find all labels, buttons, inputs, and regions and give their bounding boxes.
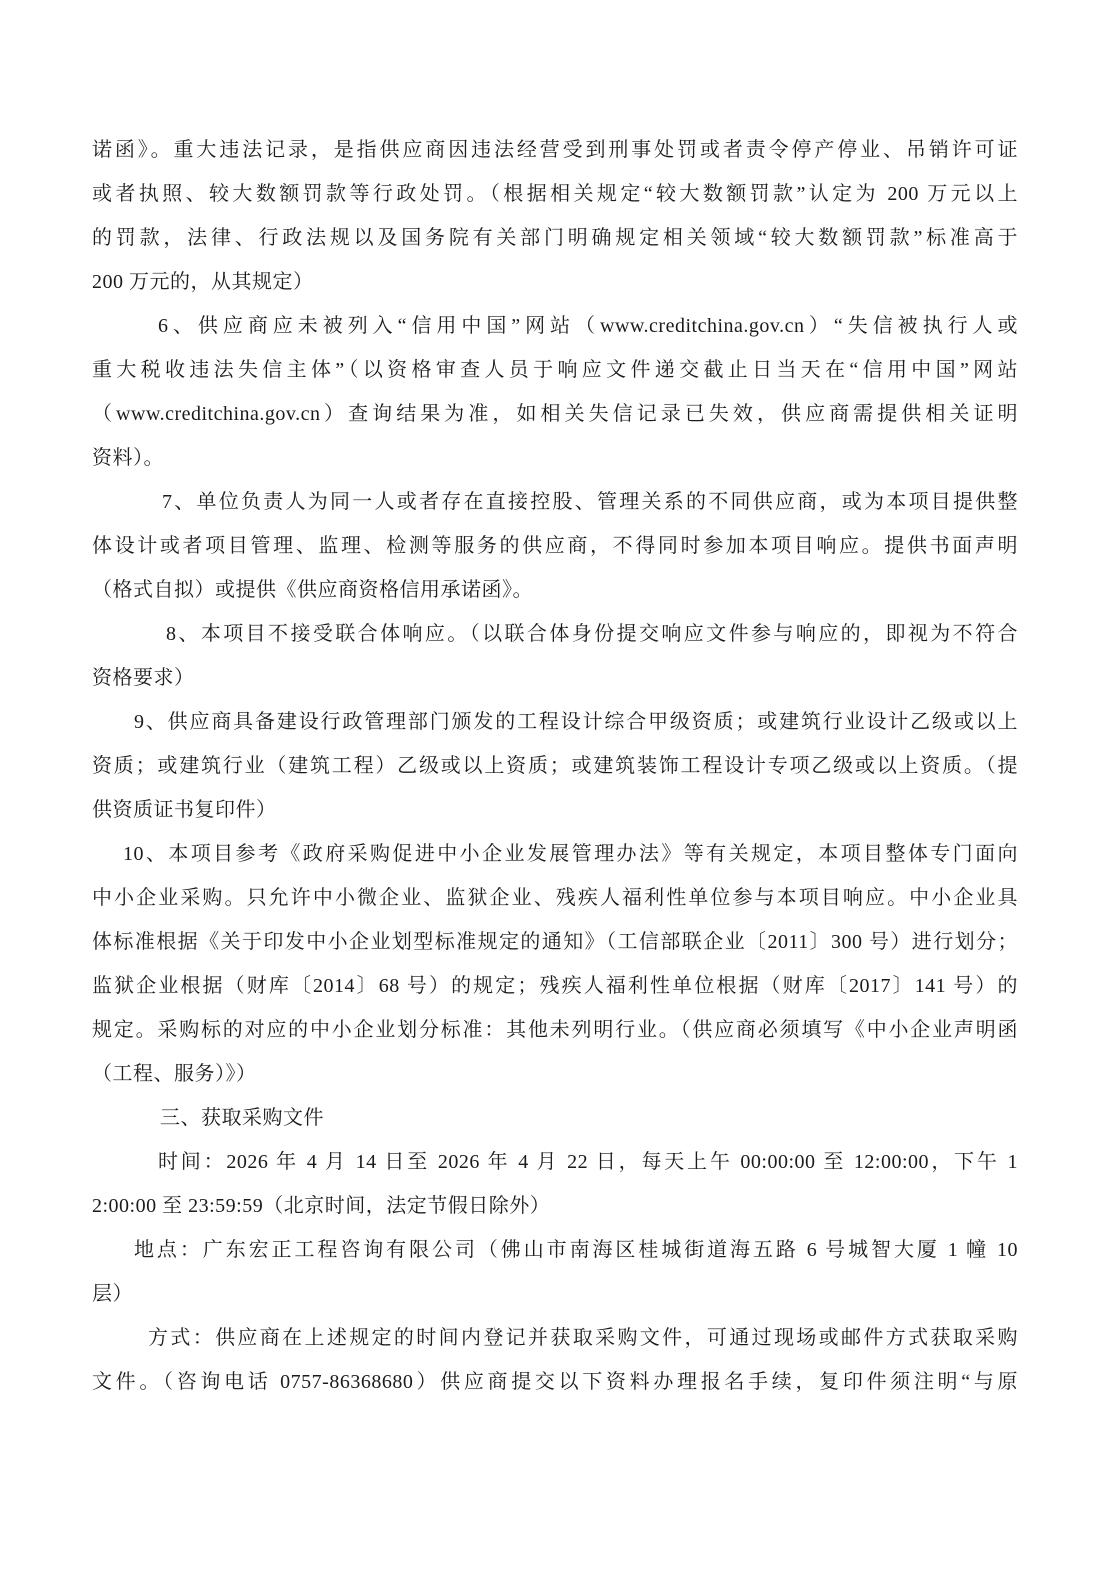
text-line: 三、获取采购文件 xyxy=(92,1096,1018,1140)
text-line: 200 万元的，从其规定） xyxy=(92,260,1018,304)
text-line: 10、本项目参考《政府采购促进中小企业发展管理办法》等有关规定，本项目整体专门面… xyxy=(92,832,1018,876)
text-line: 7、单位负责人为同一人或者存在直接控股、管理关系的不同供应商，或为本项目提供整 xyxy=(92,480,1018,524)
text-line: 资格要求） xyxy=(92,656,1018,700)
text-line: 6、供应商应未被列入“信用中国”网站（www.creditchina.gov.c… xyxy=(92,304,1018,348)
text-line: （工程、服务）》） xyxy=(92,1052,1018,1096)
text-line: 资质；或建筑行业（建筑工程）乙级或以上资质；或建筑装饰工程设计专项乙级或以上资质… xyxy=(92,744,1018,788)
text-line: 诺函》。重大违法记录，是指供应商因违法经营受到刑事处罚或者责令停产停业、吊销许可… xyxy=(92,128,1018,172)
obtain-time: 时间：2026 年 4 月 14 日至 2026 年 4 月 22 日，每天上午… xyxy=(92,1140,1018,1228)
document-page: 诺函》。重大违法记录，是指供应商因违法经营受到刑事处罚或者责令停产停业、吊销许可… xyxy=(0,0,1110,1571)
text-line: 体标准根据《关于印发中小企业划型标准规定的通知》（工信部联企业〔2011〕300… xyxy=(92,920,1018,964)
obtain-method: 方式：供应商在上述规定的时间内登记并获取采购文件，可通过现场或邮件方式获取采购文… xyxy=(92,1316,1018,1404)
text-line: 规定。采购标的对应的中小企业划分标准：其他未列明行业。（供应商必须填写《中小企业… xyxy=(92,1008,1018,1052)
text-line: 或者执照、较大数额罚款等行政处罚。（根据相关规定“较大数额罚款”认定为 200 … xyxy=(92,172,1018,216)
section-3-heading-obtain-documents: 三、获取采购文件 xyxy=(92,1096,1018,1140)
clause-8-no-consortium: 8、本项目不接受联合体响应。（以联合体身份提交响应文件参与响应的，即视为不符合资… xyxy=(92,612,1018,700)
document-body: 诺函》。重大违法记录，是指供应商因违法经营受到刑事处罚或者责令停产停业、吊销许可… xyxy=(92,128,1018,1404)
text-line: 的罚款，法律、行政法规以及国务院有关部门明确规定相关领域“较大数额罚款”标准高于 xyxy=(92,216,1018,260)
clause-6-credit-china: 6、供应商应未被列入“信用中国”网站（www.creditchina.gov.c… xyxy=(92,304,1018,480)
text-line: （格式自拟）或提供《供应商资格信用承诺函》。 xyxy=(92,568,1018,612)
clause-9-qualifications: 9、供应商具备建设行政管理部门颁发的工程设计综合甲级资质；或建筑行业设计乙级或以… xyxy=(92,700,1018,832)
text-line: 体设计或者项目管理、监理、检测等服务的供应商，不得同时参加本项目响应。提供书面声… xyxy=(92,524,1018,568)
text-line: 资料）。 xyxy=(92,436,1018,480)
text-line: 方式：供应商在上述规定的时间内登记并获取采购文件，可通过现场或邮件方式获取采购 xyxy=(92,1316,1018,1360)
text-line: 供资质证书复印件） xyxy=(92,788,1018,832)
clause-7-same-responsible-person: 7、单位负责人为同一人或者存在直接控股、管理关系的不同供应商，或为本项目提供整体… xyxy=(92,480,1018,612)
text-line: 文件。（咨询电话 0757-86368680）供应商提交以下资料办理报名手续，复… xyxy=(92,1360,1018,1404)
text-line: 地点：广东宏正工程咨询有限公司（佛山市南海区桂城街道海五路 6 号城智大厦 1 … xyxy=(92,1228,1018,1272)
clause-major-violation-continuation: 诺函》。重大违法记录，是指供应商因违法经营受到刑事处罚或者责令停产停业、吊销许可… xyxy=(92,128,1018,304)
text-line: 监狱企业根据（财库〔2014〕68 号）的规定；残疾人福利性单位根据（财库〔20… xyxy=(92,964,1018,1008)
text-line: 8、本项目不接受联合体响应。（以联合体身份提交响应文件参与响应的，即视为不符合 xyxy=(92,612,1018,656)
text-line: 层） xyxy=(92,1272,1018,1316)
text-line: 2:00:00 至 23:59:59（北京时间，法定节假日除外） xyxy=(92,1184,1018,1228)
clause-10-sme-policy: 10、本项目参考《政府采购促进中小企业发展管理办法》等有关规定，本项目整体专门面… xyxy=(92,832,1018,1096)
text-line: 9、供应商具备建设行政管理部门颁发的工程设计综合甲级资质；或建筑行业设计乙级或以… xyxy=(92,700,1018,744)
text-line: 重大税收违法失信主体”（以资格审查人员于响应文件递交截止日当天在“信用中国”网站 xyxy=(92,348,1018,392)
text-line: 中小企业采购。只允许中小微企业、监狱企业、残疾人福利性单位参与本项目响应。中小企… xyxy=(92,876,1018,920)
obtain-place: 地点：广东宏正工程咨询有限公司（佛山市南海区桂城街道海五路 6 号城智大厦 1 … xyxy=(92,1228,1018,1316)
text-line: （www.creditchina.gov.cn）查询结果为准，如相关失信记录已失… xyxy=(92,392,1018,436)
text-line: 时间：2026 年 4 月 14 日至 2026 年 4 月 22 日，每天上午… xyxy=(92,1140,1018,1184)
